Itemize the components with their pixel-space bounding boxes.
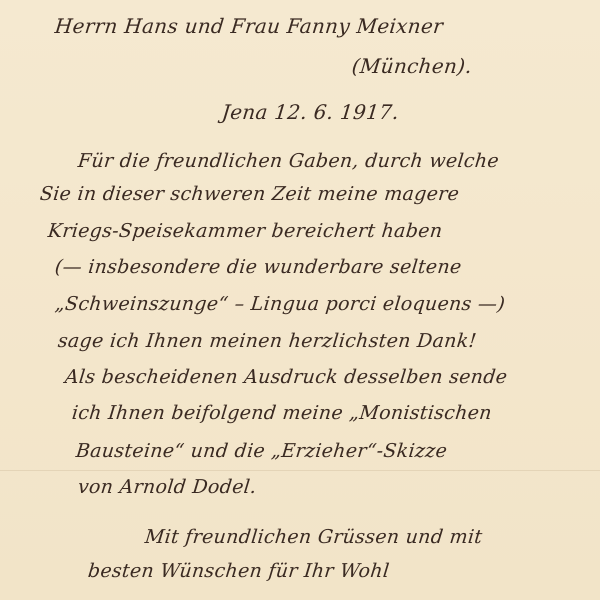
body-line: Für die freundlichen Gaben, durch welche — [77, 150, 500, 172]
salutation-line-1: Herrn Hans und Frau Fanny Meixner — [54, 14, 445, 38]
salutation-line-2: (München). — [351, 54, 474, 78]
body-line: von Arnold Dodel. — [77, 476, 258, 498]
body-line: Bausteine“ und die „Erzieher“-Skizze — [75, 440, 448, 462]
body-line: (— insbesondere die wunderbare seltene — [54, 256, 463, 278]
body-line: Kriegs-Speisekammer bereichert haben — [47, 220, 444, 242]
paper-fold-line — [0, 470, 600, 471]
body-line: Sie in dieser schweren Zeit meine magere — [39, 183, 461, 205]
date-line: Jena 12. 6. 1917. — [221, 100, 401, 124]
closing-line: Mit freundlichen Grüssen und mit — [144, 526, 484, 548]
closing-line: besten Wünschen für Ihr Wohl — [87, 560, 391, 582]
body-line: Als bescheidenen Ausdruck desselben send… — [64, 366, 509, 388]
body-line: ich Ihnen beifolgend meine „Monistischen — [71, 402, 493, 424]
body-line: sage ich Ihnen meinen herzlichsten Dank! — [57, 330, 478, 352]
body-line: „Schweinszunge“ – Lingua porci eloquens … — [54, 293, 506, 315]
